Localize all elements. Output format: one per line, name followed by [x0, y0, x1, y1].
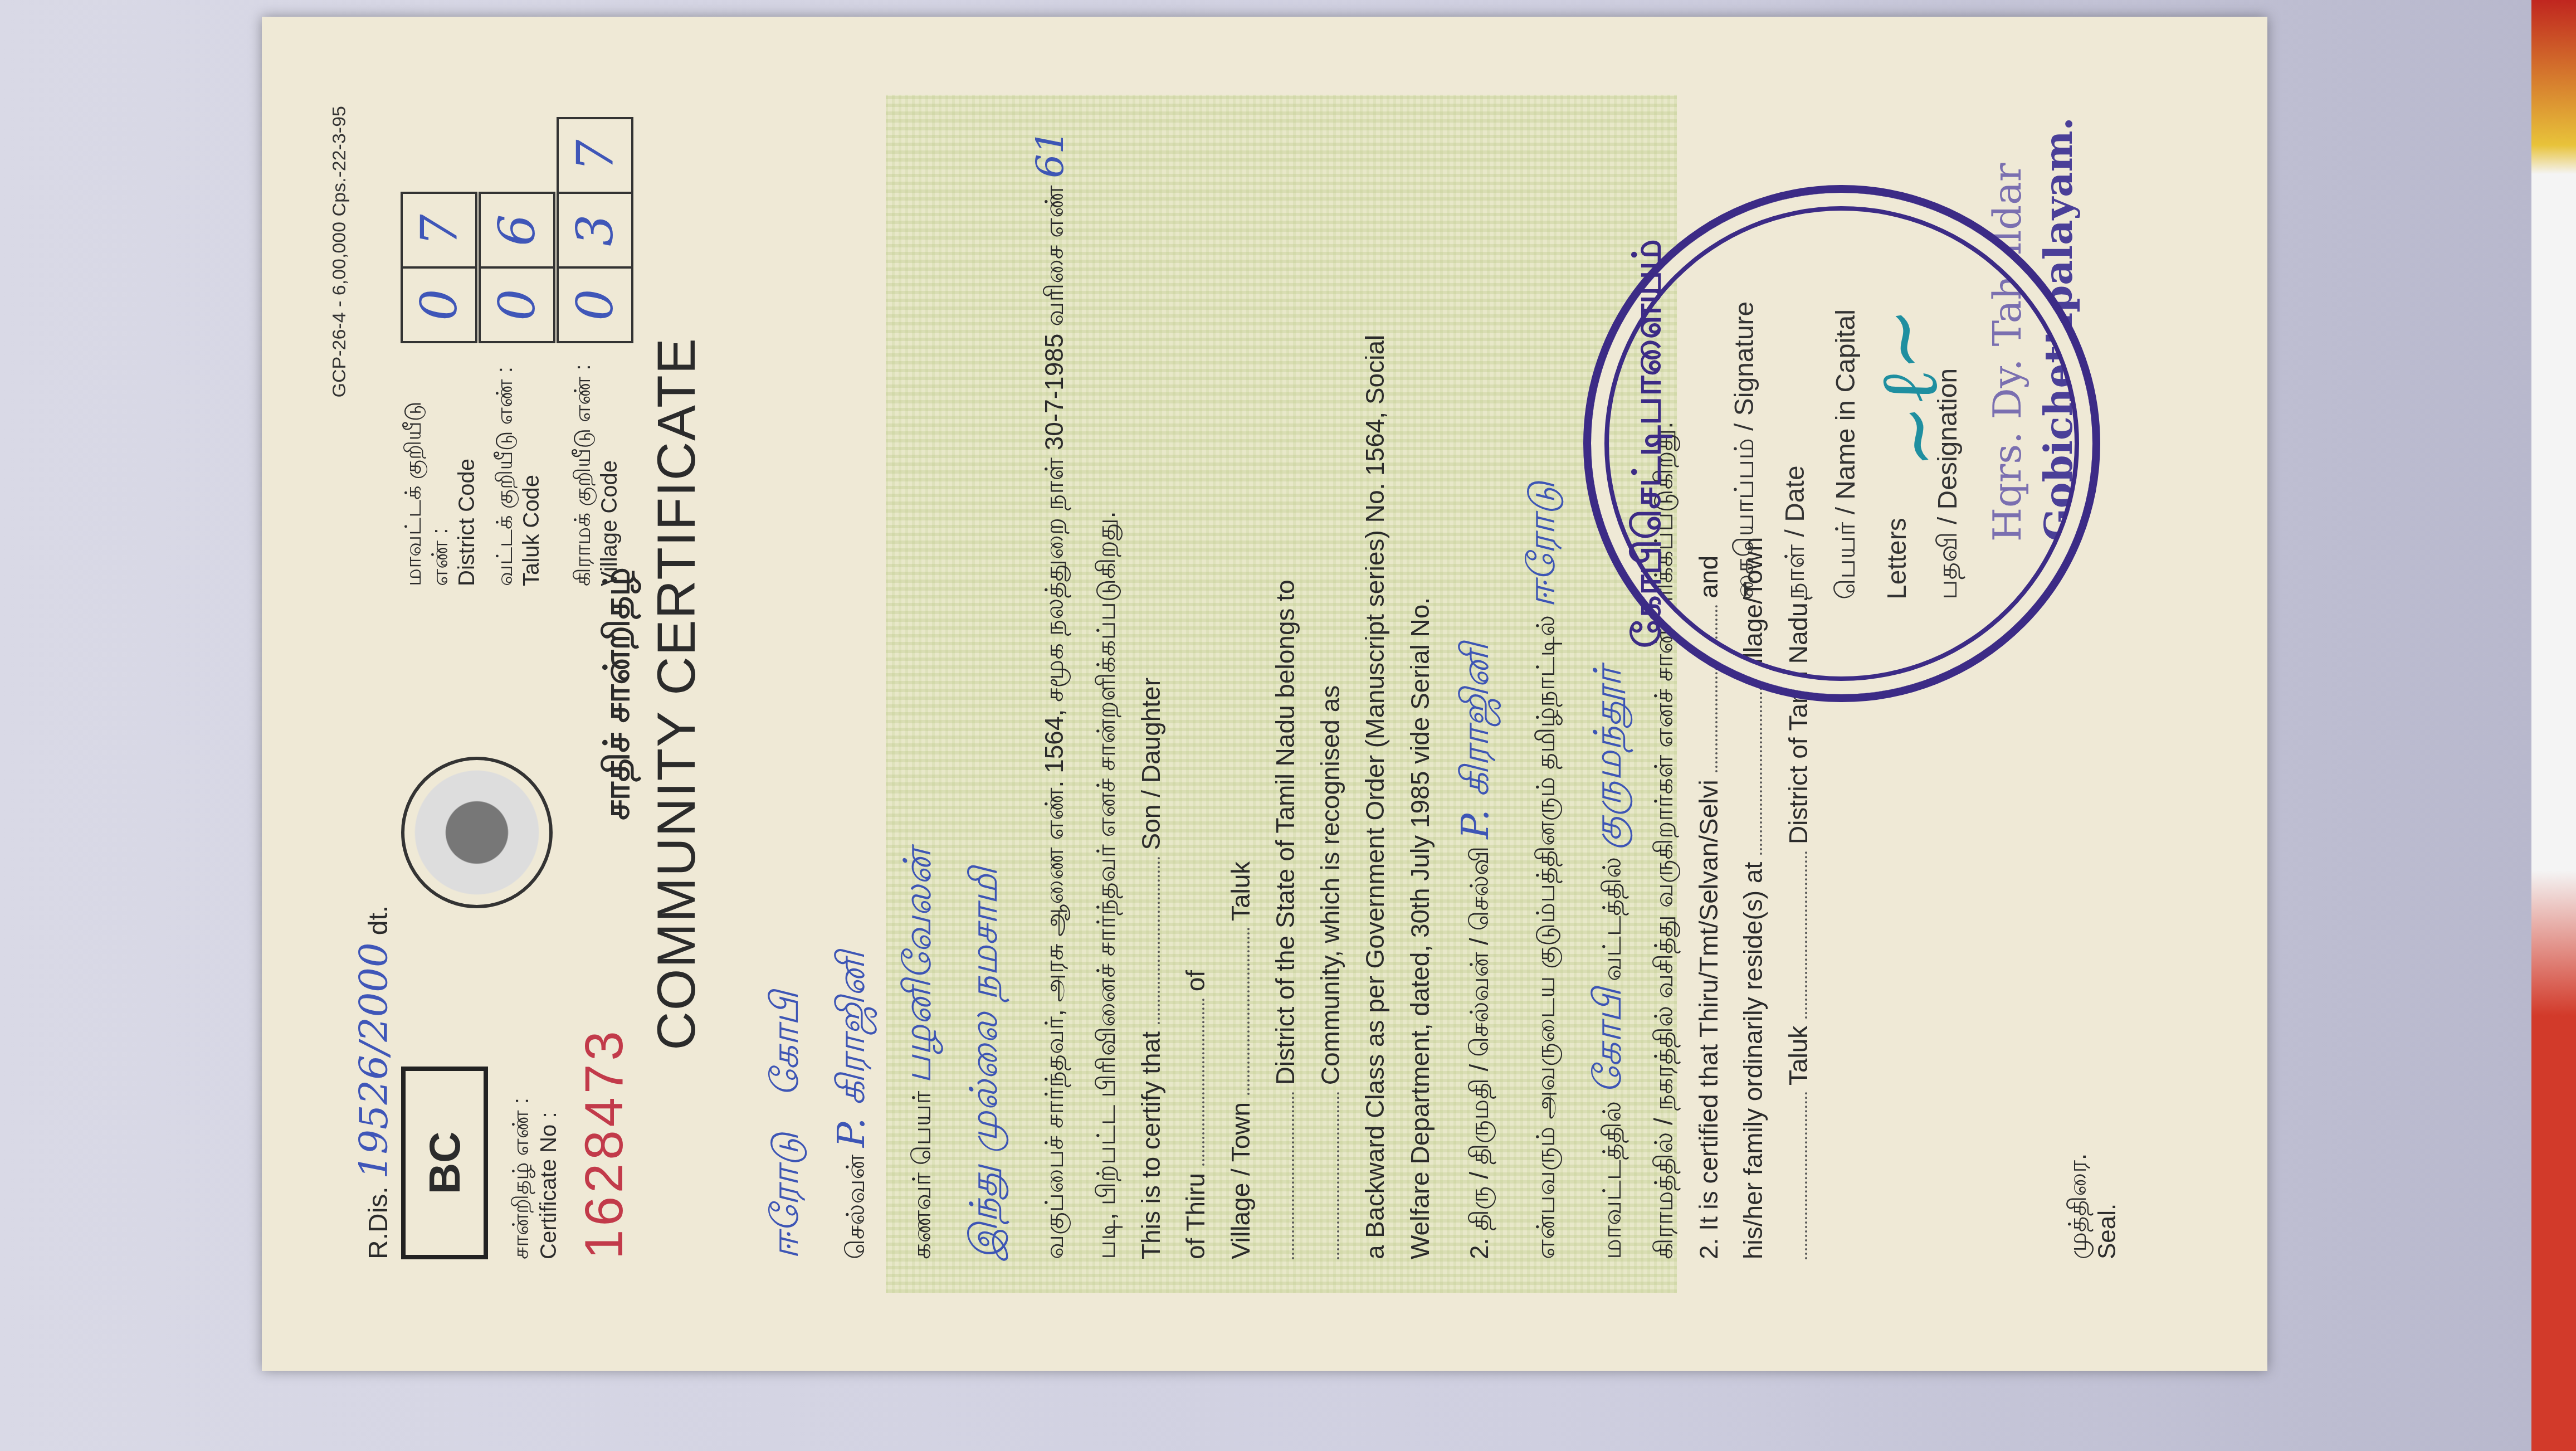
taluk-code-digit: 6	[479, 192, 555, 269]
stamp-field-signature: கையொப்பம் / Signature	[1719, 288, 1770, 600]
district-code-label-en: District Code	[453, 352, 480, 586]
certificate-content: GCP-26-4 - 6,00,000 Cps.-22-3-95 R.Dis. …	[262, 17, 2267, 1371]
stamp-field-designation: பதவி / Designation	[1923, 288, 1973, 600]
category-box: BC	[401, 1067, 488, 1259]
title-english: COMMUNITY CERTIFICATE	[646, 17, 708, 1371]
certificate-no-label-en: Certificate No :	[535, 1098, 563, 1259]
stamp-field-name: பெயர் / Name in Capital Letters	[1821, 288, 1922, 600]
background-book-edge	[2531, 0, 2576, 1451]
tamil-name-line: செல்வன் P. கிராஜினி	[818, 128, 885, 1259]
tamil-nadu-emblem-icon	[401, 757, 553, 908]
village-code-label-ta: கிராமக் குறியீடு எண் :	[569, 352, 596, 586]
tamil-husband-line: கணவர் பெயர் பழனிவேலன்	[885, 128, 951, 1259]
certificate-rotated-frame: GCP-26-4 - 6,00,000 Cps.-22-3-95 R.Dis. …	[262, 17, 2267, 1371]
husband-prefix: கணவர் பெயர்	[907, 1091, 936, 1259]
stamp-field-date: நாள் / Date	[1770, 288, 1821, 600]
stamp-ring-text: கோபிசெட்டிபாளையம்	[1624, 193, 1675, 694]
certificate-no-label: சான்றிதழ் எண் : Certificate No :	[507, 1098, 563, 1259]
print-code: GCP-26-4 - 6,00,000 Cps.-22-3-95	[329, 106, 350, 397]
district-handwritten: ஈரோடு	[763, 1132, 807, 1259]
tamil-community-line: இந்து முல்லை நமசாமி	[951, 128, 1017, 1259]
taluk-code-digit: 0	[479, 266, 555, 343]
candidate-name-handwritten: P. கிராஜினி	[830, 951, 874, 1147]
community-certificate: GCP-26-4 - 6,00,000 Cps.-22-3-95 R.Dis. …	[262, 17, 2267, 1371]
taluk-code-label-en: Taluk Code	[518, 352, 545, 586]
district-code-row: மாவட்டக் குறியீடு எண் : District Code 0 …	[401, 117, 479, 586]
stamp-fields: கையொப்பம் / Signature நாள் / Date பெயர் …	[1719, 288, 1973, 600]
taluk-handwritten: கோபி	[763, 991, 807, 1097]
title-tamil: சாதிச் சான்றிதழ்	[596, 17, 642, 1371]
english-village-line: Village / Town Taluk	[1218, 128, 1263, 1259]
r-dis-suffix: dt.	[364, 905, 393, 935]
r-dis-label: R.Dis.	[364, 1186, 393, 1259]
district-code-digit: 7	[401, 192, 477, 269]
official-round-stamp: கோபிசெட்டிபாளையம் கையொப்பம் / Signature …	[1583, 185, 2100, 702]
r-dis-value: 19526/2000	[351, 943, 397, 1179]
section2-tamil: 2. திரு / திருமதி / செல்வன் / செல்வி P. …	[1442, 128, 1509, 1259]
certificate-no-label-ta: சான்றிதழ் எண் :	[507, 1098, 535, 1259]
selvan-prefix: செல்வன்	[841, 1155, 870, 1259]
district-code-label-ta: மாவட்டக் குறியீடு எண் :	[400, 352, 453, 586]
english-thiru-line: of Thiru of	[1173, 128, 1218, 1259]
english-certify-line: This is to certify that Son / Daughter	[1129, 128, 1174, 1259]
taluk-code-label-ta: வட்டக் குறியீடு எண் :	[491, 352, 518, 586]
community-handwritten: இந்து முல்லை நமசாமி	[962, 868, 1006, 1259]
district-code-digit: 0	[401, 266, 477, 343]
serial-no-handwritten: 61	[1028, 130, 1072, 178]
taluk-code-row: வட்டக் குறியீடு எண் : Taluk Code 0 6	[479, 117, 557, 586]
tamil-district-line: ஈரோடு கோபி	[752, 128, 818, 1259]
husband-name-handwritten: பழனிவேலன்	[896, 848, 940, 1083]
tamil-go-line: வகுப்பைச் சார்ந்தவர், அரசு ஆணை எண். 1564…	[1017, 128, 1129, 1259]
r-dis-reference: R.Dis. 19526/2000 dt.	[351, 905, 397, 1259]
seal-label: முத்திரை. Seal.	[2063, 1153, 2123, 1259]
